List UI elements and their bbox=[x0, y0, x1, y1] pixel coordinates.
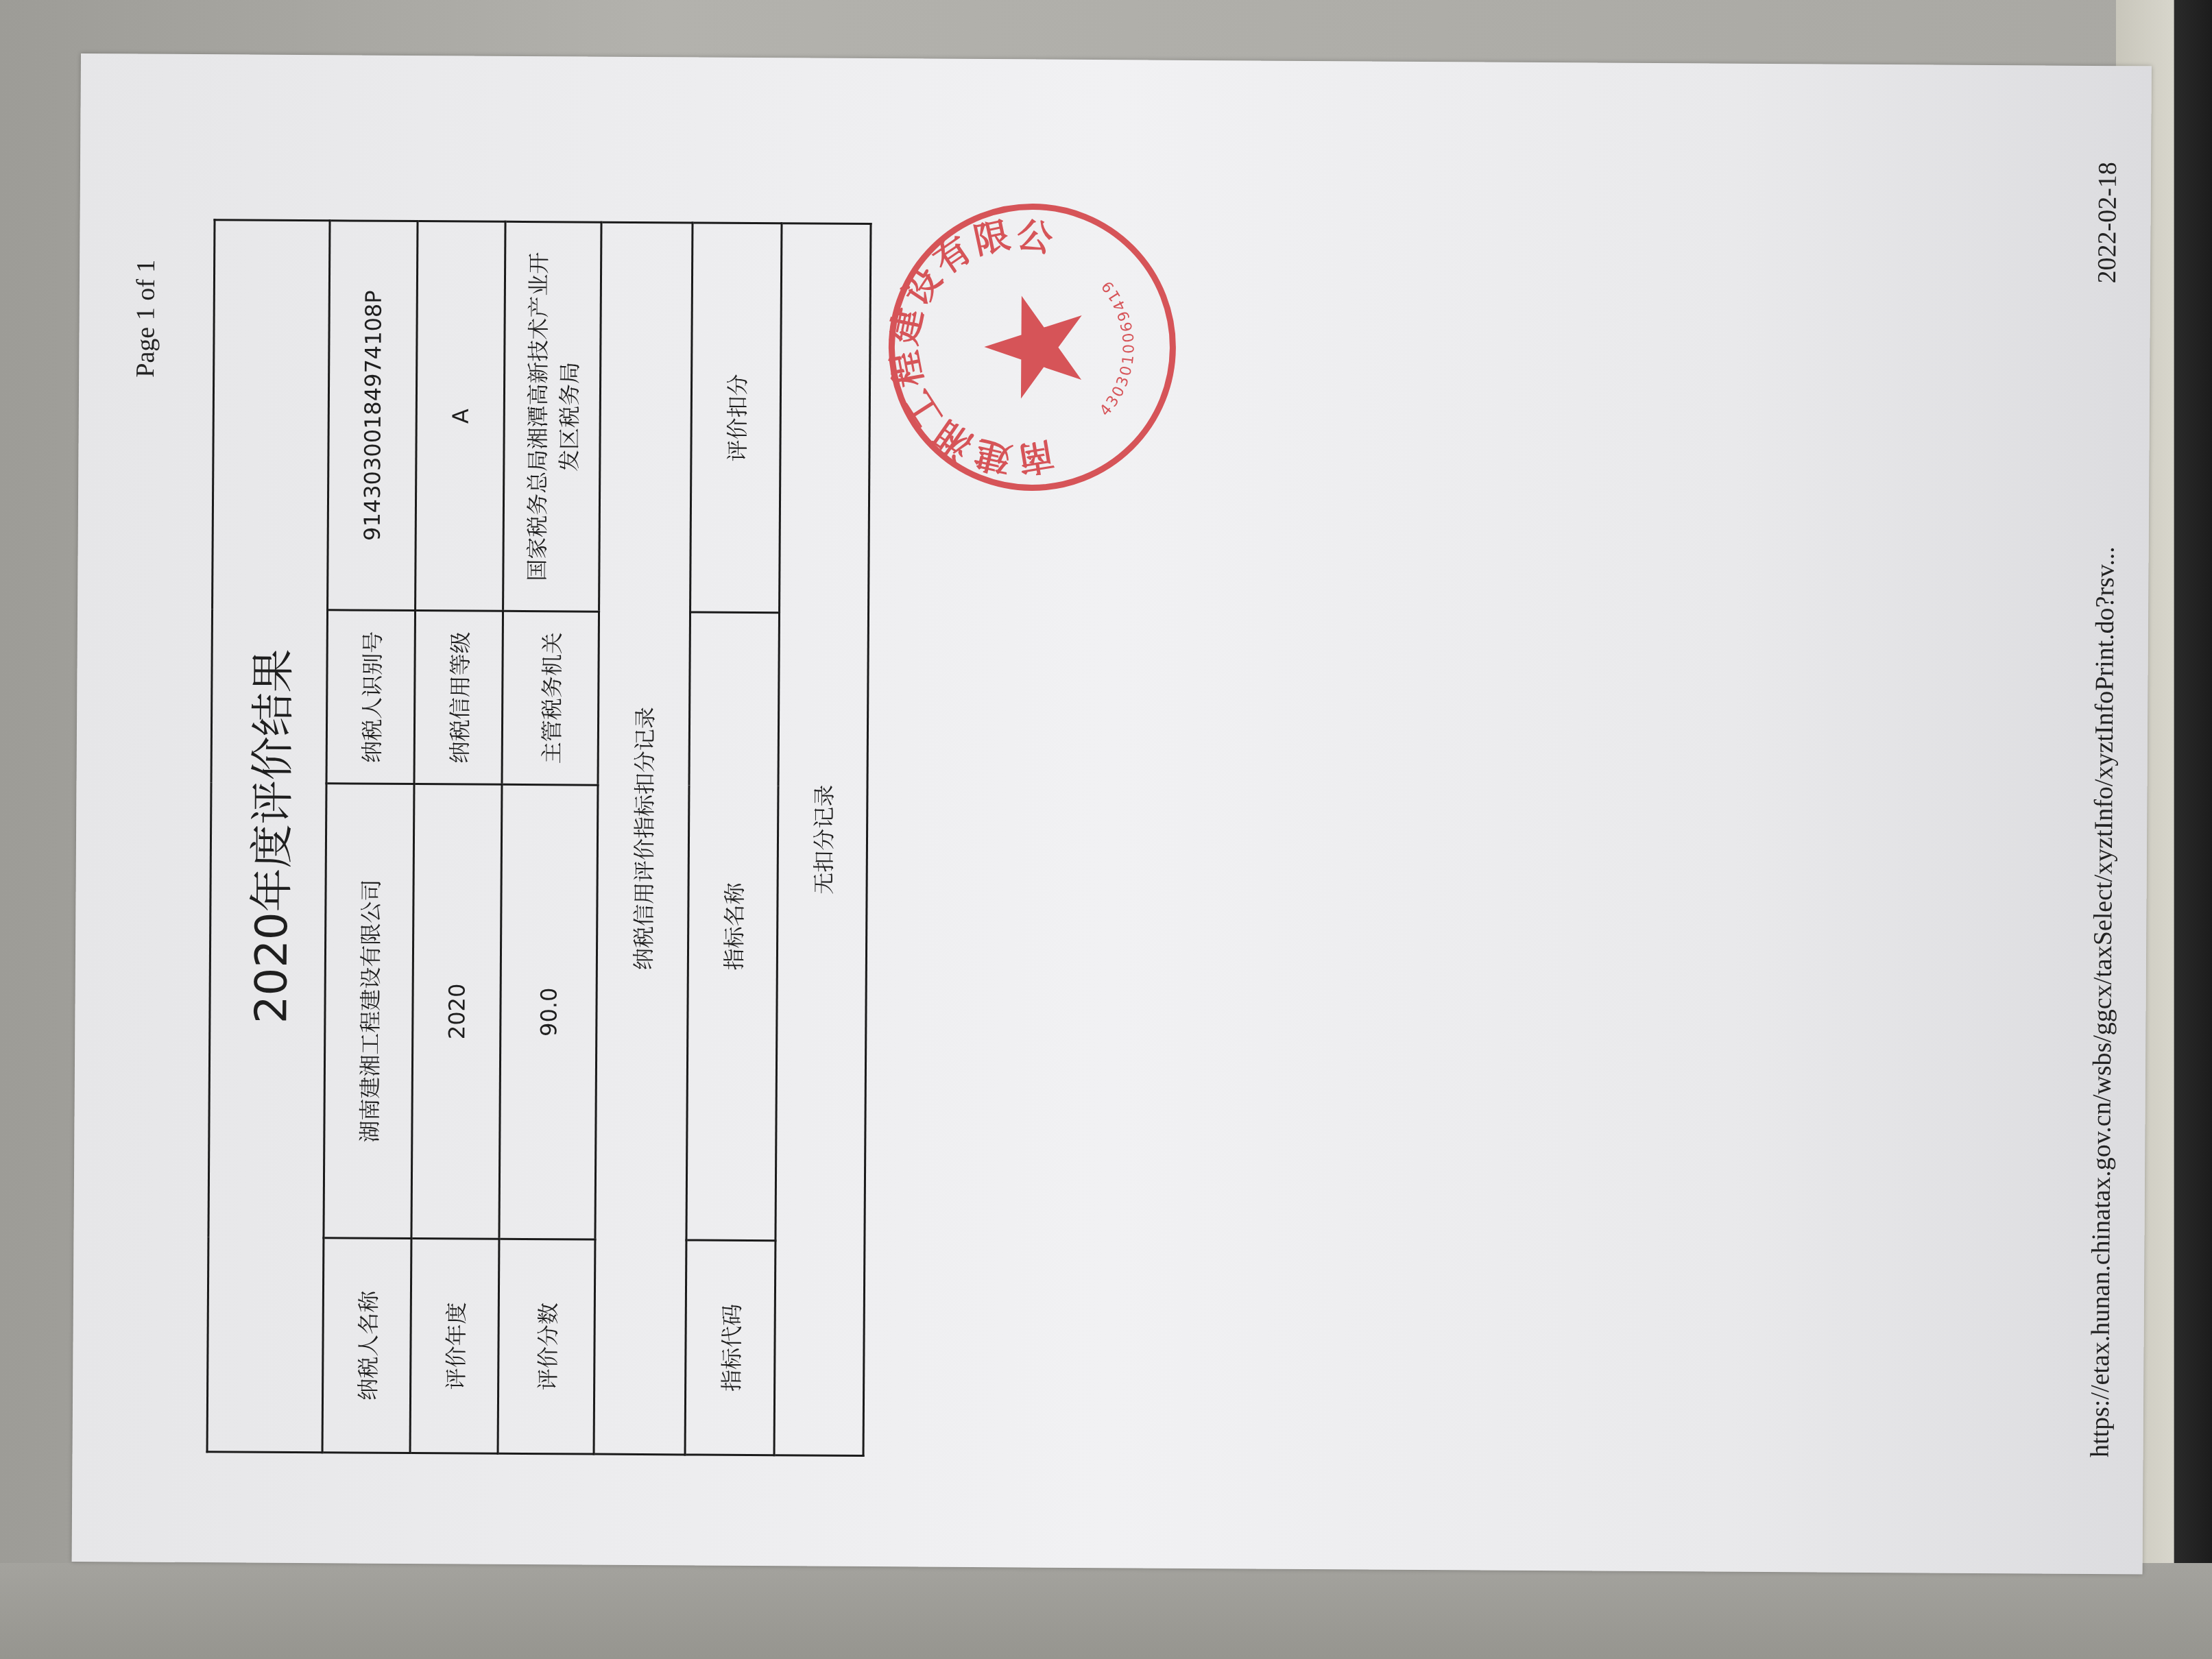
column-header-indicator-name: 指标名称 bbox=[686, 612, 780, 1241]
taxpayer-id-label: 纳税人识别号 bbox=[326, 610, 416, 784]
no-deduction-record: 无扣分记录 bbox=[774, 223, 871, 1456]
page-indicator: Page 1 of 1 bbox=[130, 259, 161, 377]
credit-evaluation-table: 2020年度评价结果 纳税人名称 湖南建湘工程建设有限公司 纳税人识别号 914… bbox=[206, 219, 872, 1457]
printed-page: Page 1 of 1 2020年度评价结果 纳税人名称 湖南建湘工程建设有限公… bbox=[72, 53, 2152, 1574]
evaluation-score-value: 90.0 bbox=[499, 784, 598, 1239]
table-row: 评价年度 2020 纳税信用等级 A bbox=[410, 221, 505, 1454]
desk-background-bottom bbox=[0, 1563, 2212, 1659]
evaluation-year-value: 2020 bbox=[411, 784, 502, 1239]
document-content: Page 1 of 1 2020年度评价结果 纳税人名称 湖南建湘工程建设有限公… bbox=[72, 53, 2152, 1574]
taxpayer-id-value: 91430300184974108P bbox=[328, 221, 418, 611]
credit-grade-label: 纳税信用等级 bbox=[414, 610, 503, 784]
report-title: 2020年度评价结果 bbox=[207, 220, 330, 1453]
deduction-section-title: 纳税信用评价指标扣分记录 bbox=[594, 222, 693, 1455]
taxpayer-name-value: 湖南建湘工程建设有限公司 bbox=[324, 784, 414, 1239]
evaluation-year-label: 评价年度 bbox=[410, 1238, 499, 1453]
company-seal-icon: 湖南建湘工程建设有限公司 4303010069419 bbox=[880, 195, 1184, 499]
column-header-deduction: 评价扣分 bbox=[690, 223, 782, 613]
tax-authority-label: 主管税务机关 bbox=[502, 611, 599, 785]
seal-code: 4303010069419 bbox=[1096, 276, 1138, 420]
footer-date: 2022-02-18 bbox=[2092, 162, 2123, 284]
footer-url: https://etax.hunan.chinatax.gov.cn/wsbs/… bbox=[2085, 546, 2121, 1457]
svg-text:湖南建湘工程建设有限公司: 湖南建湘工程建设有限公司 bbox=[880, 213, 1059, 499]
taxpayer-name-label: 纳税人名称 bbox=[322, 1238, 411, 1453]
credit-grade-value: A bbox=[416, 221, 505, 611]
svg-text:4303010069419: 4303010069419 bbox=[1096, 276, 1138, 420]
deduction-header-row: 指标代码 指标名称 评价扣分 bbox=[685, 223, 782, 1455]
table-row: 纳税人名称 湖南建湘工程建设有限公司 纳税人识别号 91430300184974… bbox=[322, 221, 418, 1453]
seal-company-name: 湖南建湘工程建设有限公司 bbox=[880, 213, 1059, 499]
column-header-indicator-code: 指标代码 bbox=[685, 1240, 776, 1455]
print-footer: https://etax.hunan.chinatax.gov.cn/wsbs/… bbox=[2085, 162, 2124, 1457]
table-row: 评价分数 90.0 主管税务机关 国家税务总局湘潭高新技术产业开发区税务局 bbox=[498, 221, 601, 1454]
tax-authority-value: 国家税务总局湘潭高新技术产业开发区税务局 bbox=[503, 221, 601, 611]
evaluation-score-label: 评价分数 bbox=[498, 1239, 595, 1454]
